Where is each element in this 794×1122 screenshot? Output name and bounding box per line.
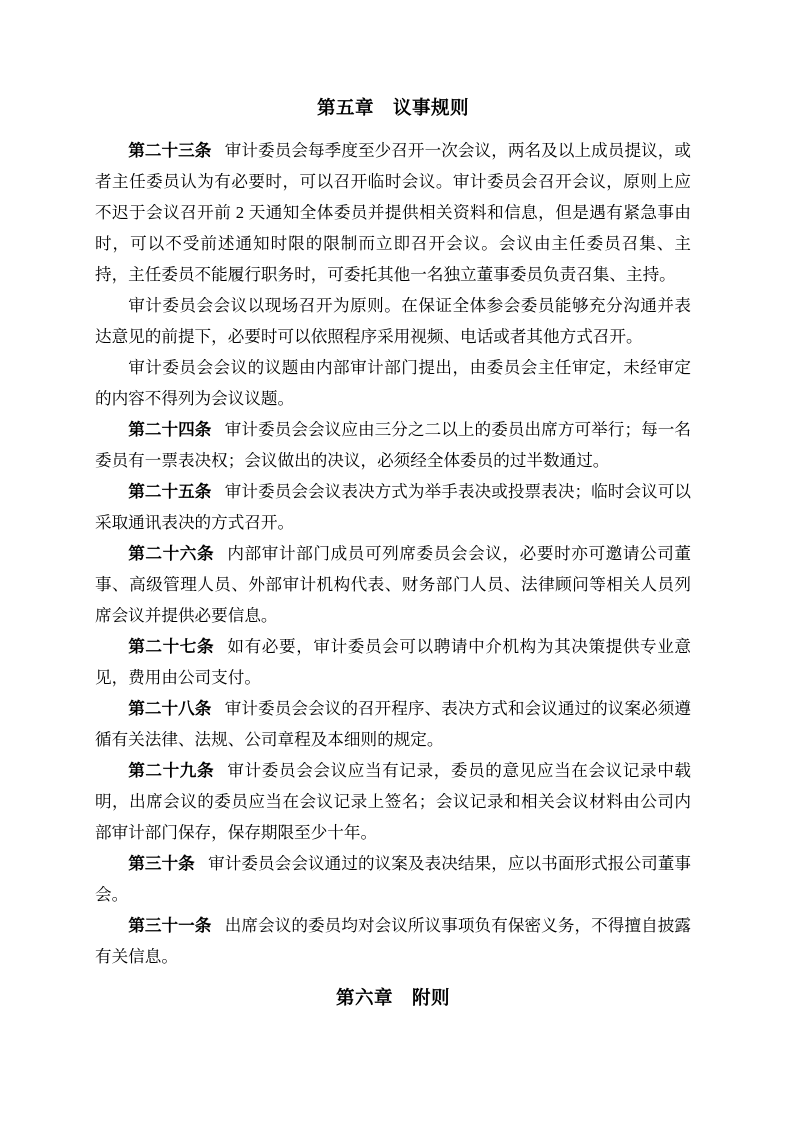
article-28: 第二十八条审计委员会会议的召开程序、表决方式和会议通过的议案必须遵循有关法律、法… [95, 693, 691, 755]
article-23-text: 审计委员会每季度至少召开一次会议，两名及以上成员提议，或者主任委员认为有必要时，… [95, 141, 691, 284]
paragraph-meeting-form-text: 审计委员会会议以现场召开为原则。在保证全体参会委员能够充分沟通并表达意见的前提下… [95, 296, 691, 346]
article-25-number: 第二十五条 [128, 482, 211, 501]
article-30: 第三十条审计委员会会议通过的议案及表决结果，应以书面形式报公司董事会。 [95, 848, 691, 910]
article-30-number: 第三十条 [128, 854, 195, 873]
article-27: 第二十七条如有必要，审计委员会可以聘请中介机构为其决策提供专业意见，费用由公司支… [95, 631, 691, 693]
paragraph-meeting-topics: 审计委员会会议的议题由内部审计部门提出，由委员会主任审定，未经审定的内容不得列为… [95, 352, 691, 414]
article-24: 第二十四条审计委员会会议应由三分之二以上的委员出席方可举行；每一名委员有一票表决… [95, 414, 691, 476]
paragraph-meeting-topics-text: 审计委员会会议的议题由内部审计部门提出，由委员会主任审定，未经审定的内容不得列为… [95, 358, 691, 408]
article-26-number: 第二十六条 [128, 544, 214, 563]
chapter-6-heading: 第六章 附则 [95, 984, 691, 1015]
article-25: 第二十五条审计委员会会议表决方式为举手表决或投票表决；临时会议可以采取通讯表决的… [95, 476, 691, 538]
article-29: 第二十九条审计委员会会议应当有记录，委员的意见应当在会议记录中载明，出席会议的委… [95, 755, 691, 848]
article-31-number: 第三十一条 [128, 916, 211, 935]
paragraph-meeting-form: 审计委员会会议以现场召开为原则。在保证全体参会委员能够充分沟通并表达意见的前提下… [95, 290, 691, 352]
article-31: 第三十一条出席会议的委员均对会议所议事项负有保密义务，不得擅自披露有关信息。 [95, 910, 691, 972]
article-23: 第二十三条审计委员会每季度至少召开一次会议，两名及以上成员提议，或者主任委员认为… [95, 135, 691, 290]
article-24-number: 第二十四条 [128, 420, 211, 439]
article-29-number: 第二十九条 [128, 761, 214, 780]
document-page: 第五章 议事规则 第二十三条审计委员会每季度至少召开一次会议，两名及以上成员提议… [0, 0, 794, 1122]
chapter-5-heading: 第五章 议事规则 [95, 94, 691, 125]
article-26: 第二十六条内部审计部门成员可列席委员会会议，必要时亦可邀请公司董事、高级管理人员… [95, 538, 691, 631]
article-27-number: 第二十七条 [128, 637, 214, 656]
article-23-number: 第二十三条 [128, 141, 211, 160]
document-content: 第五章 议事规则 第二十三条审计委员会每季度至少召开一次会议，两名及以上成员提议… [95, 94, 691, 1015]
article-28-number: 第二十八条 [128, 699, 211, 718]
